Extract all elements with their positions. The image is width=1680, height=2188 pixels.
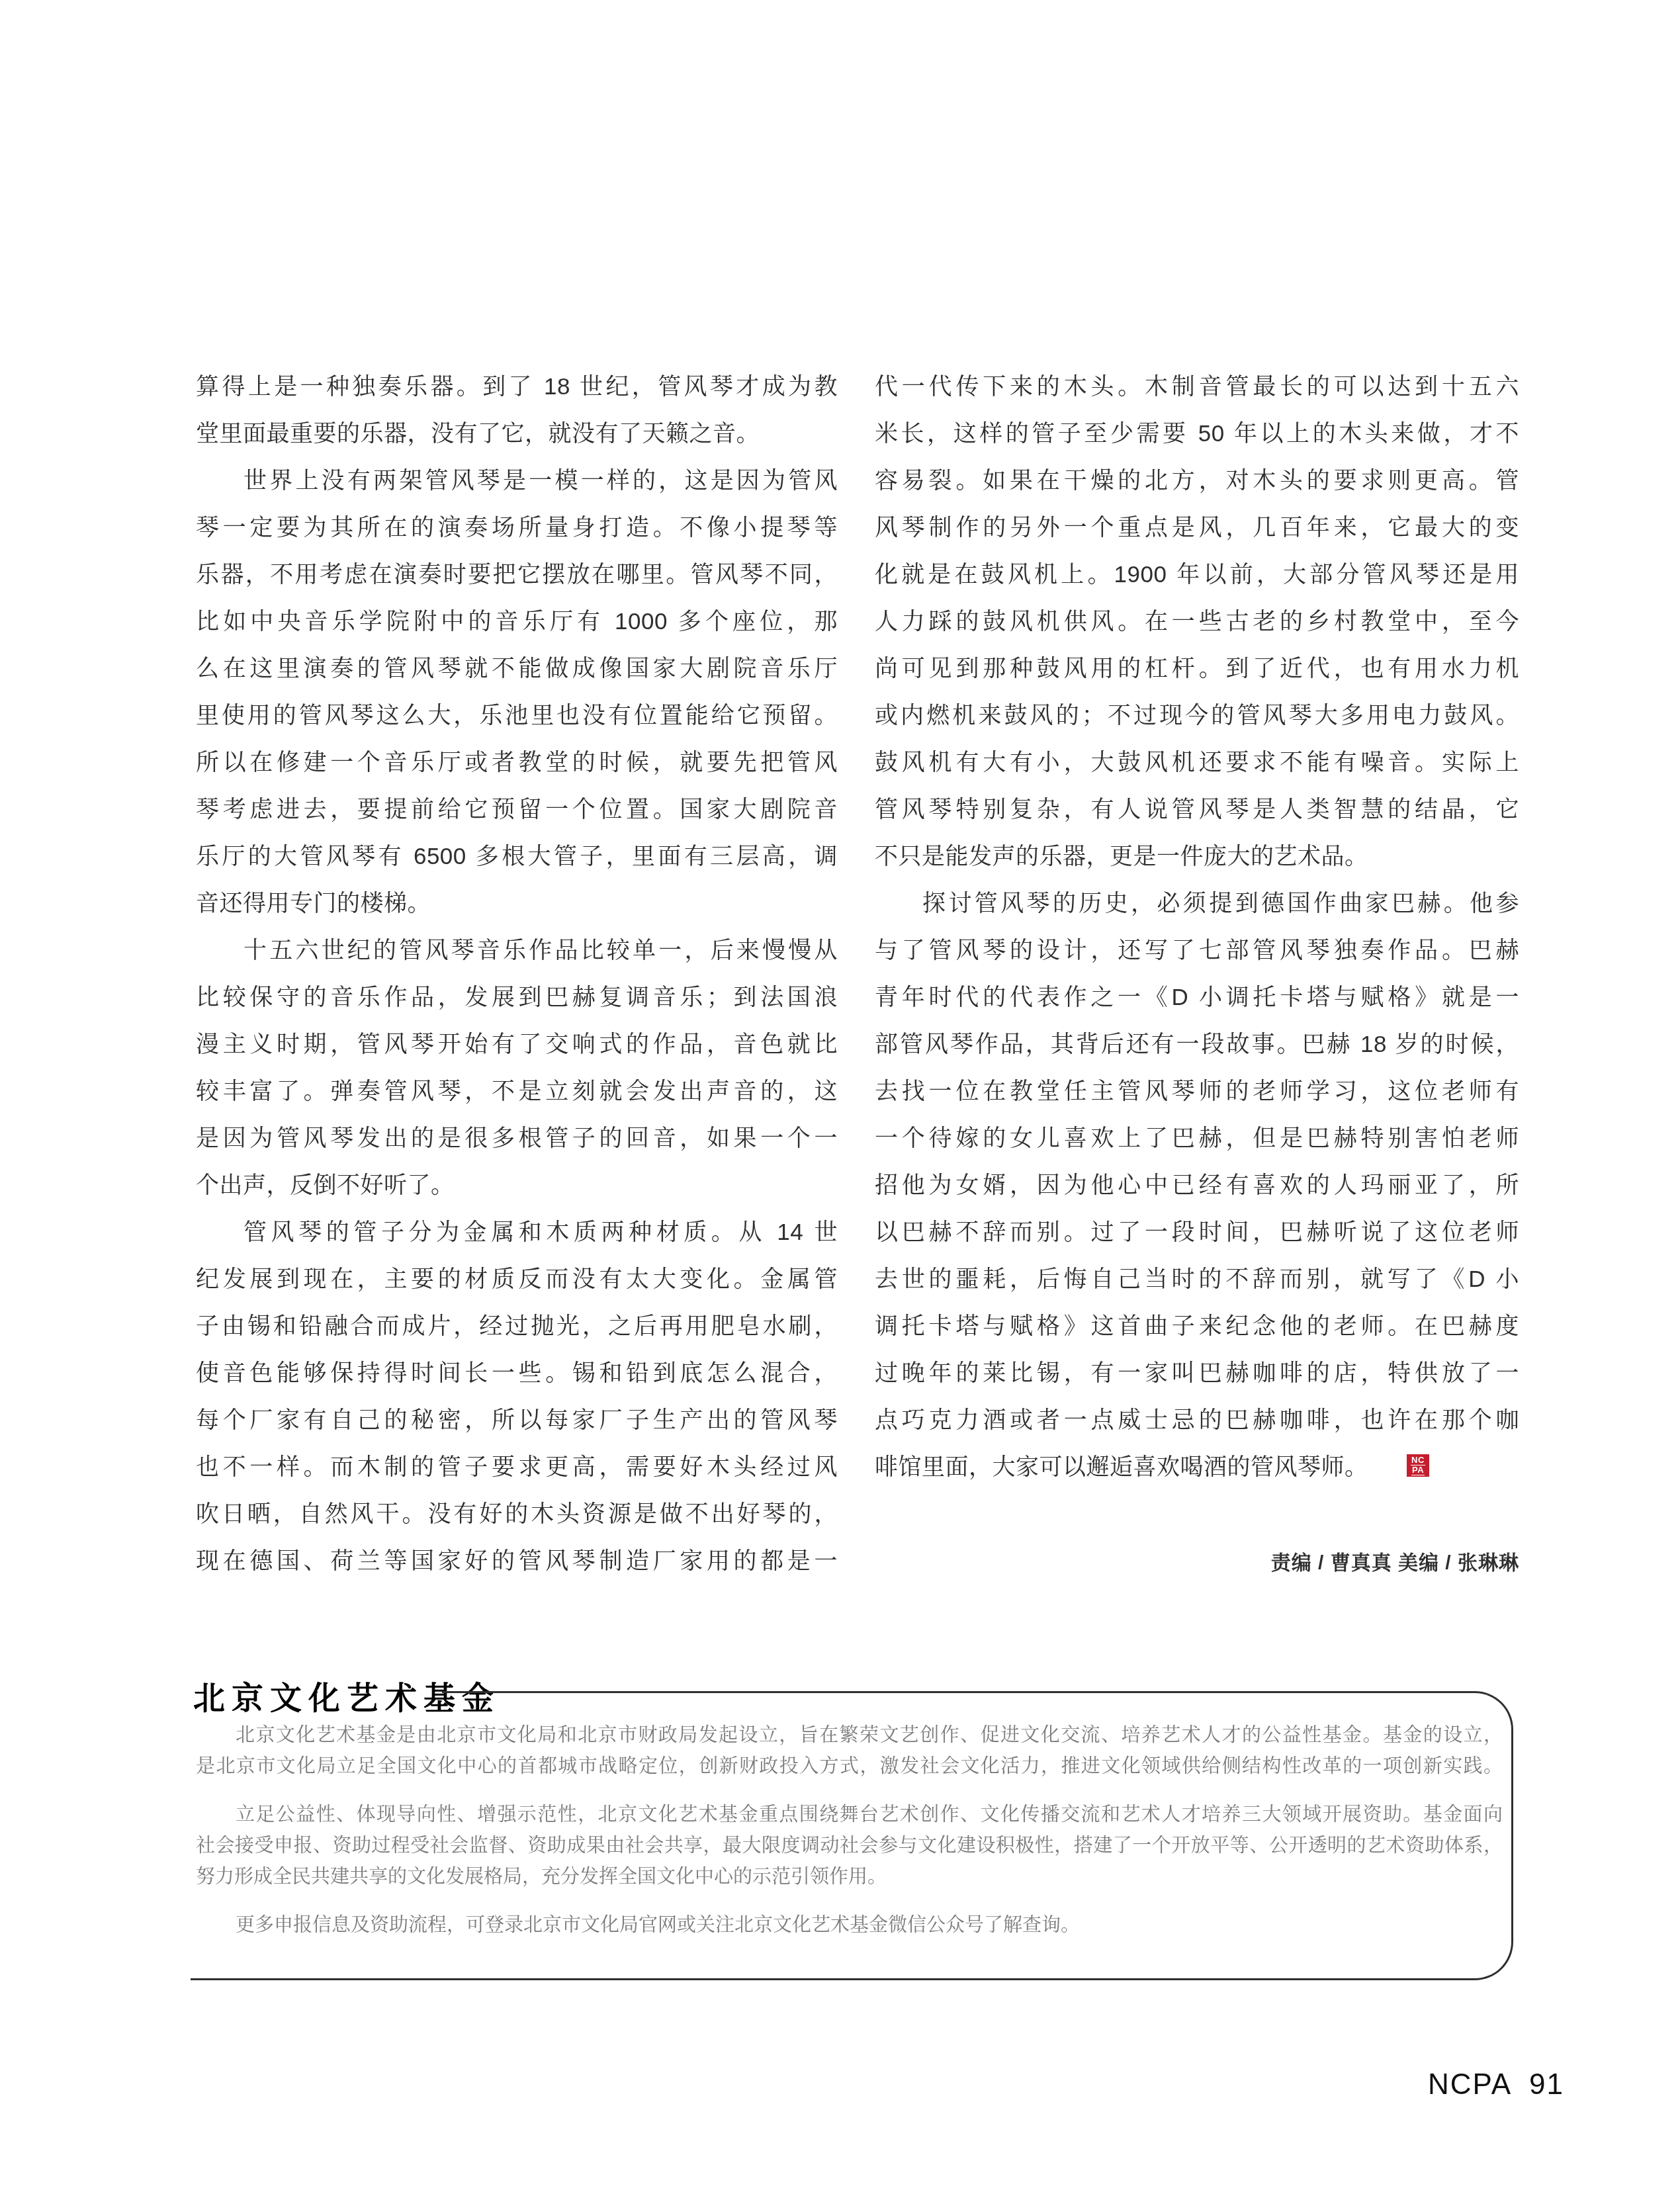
body-text-line: 比较保守的音乐作品，发展到巴赫复调音乐；到法国浪 (196, 974, 838, 1021)
body-text-line: 代一代传下来的木头。木制音管最长的可以达到十五六 (875, 363, 1519, 410)
body-text-line: 招他为女婿，因为他心中已经有喜欢的人玛丽亚了，所 (875, 1162, 1519, 1209)
body-text-line: 尚可见到那种鼓风用的杠杆。到了近代，也有用水力机 (875, 645, 1519, 692)
body-text-line: 一个待嫁的女儿喜欢上了巴赫，但是巴赫特别害怕老师 (875, 1115, 1519, 1162)
body-text-line: 米长，这样的管子至少需要 50 年以上的木头来做，才不 (875, 410, 1519, 457)
body-text-line: 十五六世纪的管风琴音乐作品比较单一，后来慢慢从 (196, 927, 838, 974)
body-text-line: 里使用的管风琴这么大，乐池里也没有位置能给它预留。 (196, 692, 838, 739)
body-text-line: 以巴赫不辞而别。过了一段时间，巴赫听说了这位老师 (875, 1209, 1519, 1256)
body-text-line: 世界上没有两架管风琴是一模一样的，这是因为管风 (196, 457, 838, 504)
body-text-line: 去世的噩耗，后悔自己当时的不辞而别，就写了《D 小 (875, 1256, 1519, 1303)
body-text-line: 鼓风机有大有小，大鼓风机还要求不能有噪音。实际上 (875, 739, 1519, 786)
fund-text-line: 努力形成全民共建共享的文化发展格局，充分发挥全国文化中心的示范引领作用。 (196, 1862, 1503, 1893)
fund-infobox-border-extension (191, 1978, 443, 1980)
body-text-line: 部管风琴作品，其背后还有一段故事。巴赫 18 岁的时候， (875, 1021, 1519, 1068)
body-text-line: 或内燃机来鼓风的；不过现今的管风琴大多用电力鼓风。 (875, 692, 1519, 739)
body-text-line: 管风琴的管子分为金属和木质两种材质。从 14 世 (196, 1209, 838, 1256)
fund-text-line: 立足公益性、体现导向性、增强示范性，北京文化艺术基金重点围绕舞台艺术创作、文化传… (196, 1800, 1503, 1831)
body-text-line: 青年时代的代表作之一《D 小调托卡塔与赋格》就是一 (875, 974, 1519, 1021)
body-text-line: 琴考虑进去，要提前给它预留一个位置。国家大剧院音 (196, 786, 838, 833)
body-text-line: 探讨管风琴的历史，必须提到德国作曲家巴赫。他参 (875, 880, 1519, 927)
body-text-line: 堂里面最重要的乐器，没有了它，就没有了天籁之音。 (196, 410, 838, 457)
ncpa-end-seal-icon: NC PA (1407, 1454, 1429, 1477)
body-text-line: 容易裂。如果在干燥的北方，对木头的要求则更高。管 (875, 457, 1519, 504)
body-text-line: 是因为管风琴发出的是很多根管子的回音，如果一个一 (196, 1115, 838, 1162)
article-column-left: 算得上是一种独奏乐器。到了 18 世纪，管风琴才成为教堂里面最重要的乐器，没有了… (196, 363, 838, 1585)
body-text-line: 较丰富了。弹奏管风琴，不是立刻就会发出声音的，这 (196, 1068, 838, 1115)
body-text-line: 么在这里演奏的管风琴就不能做成像国家大剧院音乐厅 (196, 645, 838, 692)
body-text-line: 人力踩的鼓风机供风。在一些古老的乡村教堂中，至今 (875, 598, 1519, 645)
body-text-line: 子由锡和铅融合而成片，经过抛光，之后再用肥皂水刷， (196, 1303, 838, 1350)
page-number: NCPA 91 (1428, 2068, 1564, 2101)
page-number-label: NCPA (1428, 2068, 1512, 2101)
fund-text-line: 北京文化艺术基金是由北京市文化局和北京市财政局发起设立，旨在繁荣文艺创作、促进文… (196, 1720, 1503, 1751)
fund-text-line: 社会接受申报、资助过程受社会监督、资助成果由社会共享，最大限度调动社会参与文化建… (196, 1831, 1503, 1862)
body-text-line: 化就是在鼓风机上。1900 年以前，大部分管风琴还是用 (875, 551, 1519, 598)
body-text-line: 纪发展到现在，主要的材质反而没有太大变化。金属管 (196, 1256, 838, 1303)
body-text-line: 去找一位在教堂任主管风琴师的老师学习，这位老师有 (875, 1068, 1519, 1115)
body-text-line: 比如中央音乐学院附中的音乐厅有 1000 多个座位，那 (196, 598, 838, 645)
body-text-line: 乐器，不用考虑在演奏时要把它摆放在哪里。管风琴不同， (196, 551, 838, 598)
fund-text-line: 是北京市文化局立足全国文化中心的首都城市战略定位，创新财政投入方式，激发社会文化… (196, 1751, 1503, 1782)
body-text-line: 调托卡塔与赋格》这首曲子来纪念他的老师。在巴赫度 (875, 1303, 1519, 1350)
body-text-line: 吹日晒，自然风干。没有好的木头资源是做不出好琴的， (196, 1491, 838, 1538)
ncpa-seal-text-top: NC (1411, 1456, 1425, 1466)
body-text-line: 音还得用专门的楼梯。 (196, 880, 838, 927)
body-text-line: 与了管风琴的设计，还写了七部管风琴独奏作品。巴赫 (875, 927, 1519, 974)
body-text-line: 个出声，反倒不好听了。 (196, 1162, 838, 1209)
fund-text-line: 更多申报信息及资助流程，可登录北京市文化局官网或关注北京文化艺术基金微信公众号了… (196, 1910, 1503, 1941)
body-text-line: 漫主义时期，管风琴开始有了交响式的作品，音色就比 (196, 1021, 838, 1068)
body-text-line: 不只是能发声的乐器，更是一件庞大的艺术品。 (875, 833, 1519, 880)
body-text-line: 点巧克力酒或者一点威士忌的巴赫咖啡，也许在那个咖 (875, 1397, 1519, 1444)
body-text-line: 管风琴特别复杂，有人说管风琴是人类智慧的结晶，它 (875, 786, 1519, 833)
page-number-value: 91 (1529, 2068, 1564, 2101)
body-text-line: 所以在修建一个音乐厅或者教堂的时候，就要先把管风 (196, 739, 838, 786)
body-text-line: 使音色能够保持得时间长一些。锡和铅到底怎么混合， (196, 1350, 838, 1397)
body-text-line: 每个厂家有自己的秘密，所以每家厂子生产出的管风琴 (196, 1397, 838, 1444)
body-text-line: 琴一定要为其所在的演奏场所量身打造。不像小提琴等 (196, 504, 838, 551)
magazine-page: 算得上是一种独奏乐器。到了 18 世纪，管风琴才成为教堂里面最重要的乐器，没有了… (0, 0, 1680, 2188)
ncpa-seal-text-bottom: PA (1411, 1466, 1425, 1475)
body-text-line: 乐厅的大管风琴有 6500 多根大管子，里面有三层高，调 (196, 833, 838, 880)
body-text-line: 过晚年的莱比锡，有一家叫巴赫咖啡的店，特供放了一 (875, 1350, 1519, 1397)
body-text-line: 风琴制作的另外一个重点是风，几百年来，它最大的变 (875, 504, 1519, 551)
fund-infobox-paragraphs: 北京文化艺术基金是由北京市文化局和北京市财政局发起设立，旨在繁荣文艺创作、促进文… (196, 1720, 1503, 1941)
body-text-line: 算得上是一种独奏乐器。到了 18 世纪，管风琴才成为教 (196, 363, 838, 410)
body-text-line: 现在德国、荷兰等国家好的管风琴制造厂家用的都是一 (196, 1538, 838, 1585)
body-text-line: 也不一样。而木制的管子要求更高，需要好木头经过风 (196, 1444, 838, 1491)
article-column-right: 代一代传下来的木头。木制音管最长的可以达到十五六米长，这样的管子至少需要 50 … (875, 363, 1519, 1491)
editor-byline: 责编 / 曹真真 美编 / 张琳琳 (875, 1546, 1519, 1575)
